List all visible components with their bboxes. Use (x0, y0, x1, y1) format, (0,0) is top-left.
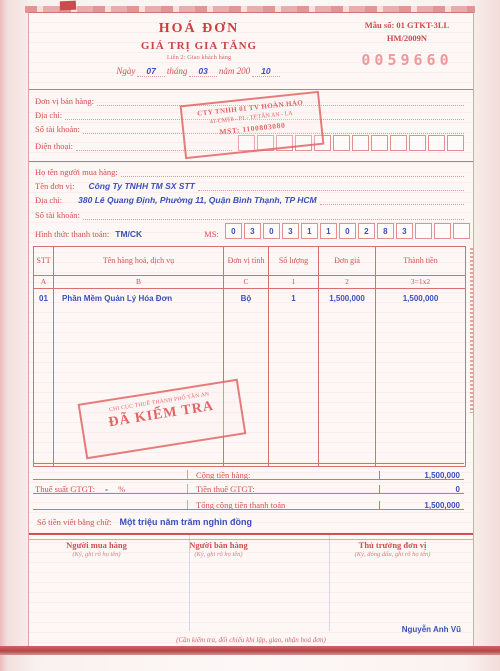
vat-row: Thuế suất GTGT: - % Tiền thuế GTGT: 0 (33, 479, 464, 494)
buyer-tax-code-boxes: 0 3 0 3 1 1 0 2 8 3 (223, 223, 470, 239)
totals-bottom-divider (29, 533, 473, 540)
item-quantity: 1 (269, 289, 319, 309)
buyer-unit-value: Công Ty TNHH TM SX STT (88, 181, 194, 191)
items-table-header: STT Tên hàng hoá, dịch vụ Đơn vị tính Số… (34, 247, 465, 276)
section-divider (29, 161, 473, 162)
tax-digit: 3 (250, 227, 254, 236)
tax-digit: 1 (307, 227, 311, 236)
scanned-invoice-page: HOÁ ĐƠN GIÁ TRỊ GIA TĂNG Liên 2: Giao kh… (0, 0, 500, 671)
date-word-month: tháng (167, 66, 188, 76)
buyer-address-value: 380 Lê Quang Định, Phường 11, Quận Bình … (78, 195, 316, 205)
invoice-sheet: HOÁ ĐƠN GIÁ TRỊ GIA TĂNG Liên 2: Giao kh… (28, 12, 474, 647)
letter-cell: 1 (269, 276, 319, 289)
item-unit-price: 1,500,000 (319, 289, 376, 309)
buyer-unit-label: Tên đơn vị: (35, 181, 74, 191)
seller-signature-title: Người bán hàng (151, 540, 286, 550)
tax-digit: 3 (288, 227, 292, 236)
invoice-date-line: Ngày07tháng03năm 20010 (29, 66, 369, 77)
blank-line (121, 166, 464, 177)
invoice-subtitle: GIÁ TRỊ GIA TĂNG (29, 40, 369, 52)
letter-cell: C (224, 276, 269, 289)
amount-in-words-label: Số tiền viết bằng chữ: (33, 517, 111, 527)
item-row: 01 Phần Mềm Quản Lý Hóa Đơn Bộ 1 1,500,0… (34, 289, 465, 309)
date-day-value: 07 (146, 66, 155, 76)
payment-method-value: TM/CK (115, 229, 142, 239)
buyer-name-label: Họ tên người mua hàng: (35, 167, 118, 177)
buyer-address-label: Địa chỉ: (35, 195, 62, 205)
buyer-signature-title: Người mua hàng (29, 540, 164, 550)
buyer-ms-label: MS: (204, 229, 219, 239)
seller-unit-label: Đơn vị bán hàng: (35, 96, 94, 106)
blank-line (83, 209, 464, 220)
ink-mark (60, 1, 76, 11)
subtotal-row: Cộng tiền hàng: 1,500,000 (33, 463, 464, 480)
letter-cell: 3=1x2 (376, 276, 465, 289)
tax-digit: 2 (364, 227, 368, 236)
col-header-amount: Thành tiền (376, 247, 465, 276)
blank-line (198, 180, 464, 191)
column-letter-row: A B C 1 2 3=1x2 (34, 276, 465, 289)
payment-method-label: Hình thức thanh toán: (35, 229, 109, 239)
footer-note: (Cần kiểm tra, đối chiếu khi lập, giao, … (29, 636, 473, 644)
buyer-unit-row: Tên đơn vị: Công Ty TNHH TM SX STT (35, 178, 464, 191)
invoice-header: HOÁ ĐƠN GIÁ TRỊ GIA TĂNG Liên 2: Giao kh… (29, 13, 369, 77)
buyer-signature-subtitle: (Ký, ghi rõ họ tên) (29, 551, 164, 558)
serial-number: 0059660 (346, 51, 468, 69)
blank-line (320, 194, 464, 205)
series-code: HM/2009N (346, 33, 468, 43)
invoice-title: HOÁ ĐƠN (29, 21, 369, 37)
header-divider (29, 89, 473, 90)
tax-digit: 8 (383, 227, 387, 236)
scan-left-edge (0, 0, 7, 671)
col-header-description: Tên hàng hoá, dịch vụ (54, 247, 224, 276)
buyer-address-row: Địa chỉ: 380 Lê Quang Định, Phường 11, Q… (35, 192, 464, 205)
form-meta-block: Mẫu số: 01 GTKT-3LL HM/2009N 0059660 (346, 20, 468, 69)
tax-digit: 0 (269, 227, 273, 236)
date-month-value: 03 (198, 66, 207, 76)
signer-name: Nguyễn Anh Vũ (402, 625, 461, 634)
copy-line: Liên 2: Giao khách hàng (29, 54, 369, 61)
seller-signature-block: Người bán hàng (Ký, ghi rõ họ tên) (151, 540, 286, 558)
printer-microtext (470, 248, 473, 413)
director-signature-subtitle: (Ký, đóng dấu, ghi rõ họ tên) (321, 551, 464, 558)
buyer-account-label: Số tài khoản: (35, 210, 80, 220)
letter-cell: A (34, 276, 54, 289)
seller-phone-label: Điện thoại: (35, 141, 73, 151)
item-amount: 1,500,000 (376, 289, 465, 309)
tax-digit: 3 (402, 227, 406, 236)
item-stt: 01 (34, 289, 54, 309)
seller-account-label: Số tài khoản: (35, 124, 80, 134)
tax-digit: 0 (231, 227, 235, 236)
letter-cell: B (54, 276, 224, 289)
form-number: Mẫu số: 01 GTKT-3LL (346, 20, 468, 30)
date-year-value: 10 (261, 66, 270, 76)
col-header-unit-price: Đơn giá (319, 247, 376, 276)
date-word-day: Ngày (116, 66, 135, 76)
payment-method-row: Hình thức thanh toán: TM/CK MS: 0 3 0 3 … (35, 221, 464, 239)
col-header-stt: STT (34, 247, 54, 276)
perforation-edge-bottom (0, 646, 500, 655)
date-year-prefix: năm 200 (219, 66, 250, 76)
tax-digit: 1 (326, 227, 330, 236)
col-header-unit: Đơn vị tính (224, 247, 269, 276)
tax-digit: 0 (345, 227, 349, 236)
letter-cell: 2 (319, 276, 376, 289)
seller-address-label: Địa chỉ: (35, 110, 62, 120)
director-signature-block: Thủ trưởng đơn vị (Ký, đóng dấu, ghi rõ … (321, 540, 464, 558)
item-unit: Bộ (224, 289, 269, 309)
item-name: Phần Mềm Quản Lý Hóa Đơn (54, 289, 224, 309)
seller-signature-subtitle: (Ký, ghi rõ họ tên) (151, 551, 286, 558)
amount-in-words-row: Số tiền viết bằng chữ: Một triệu năm tră… (33, 509, 464, 534)
buyer-name-row: Họ tên người mua hàng: (35, 164, 464, 177)
grand-total-row: Tổng cộng tiền thanh toán 1,500,000 (33, 493, 464, 510)
buyer-account-row: Số tài khoản: (35, 207, 464, 220)
buyer-signature-block: Người mua hàng (Ký, ghi rõ họ tên) (29, 540, 164, 558)
amount-in-words-value: Một triệu năm trăm nghìn đồng (119, 517, 252, 527)
signature-divider (329, 535, 330, 631)
col-header-quantity: Số lượng (269, 247, 319, 276)
director-signature-title: Thủ trưởng đơn vị (321, 540, 464, 550)
signature-divider (189, 535, 190, 631)
